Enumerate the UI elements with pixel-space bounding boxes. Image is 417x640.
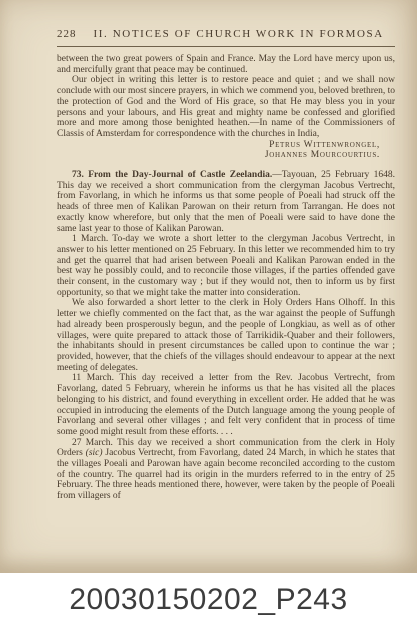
para-11-march: 11 March. This day received a letter fro… [57, 373, 395, 437]
text-run: Our object in writing this letter is to … [57, 75, 395, 139]
body-text: between the two great powers of Spain an… [57, 54, 395, 502]
text-run: We also forwarded a short letter to the … [57, 298, 395, 372]
screenshot-stage: 228 II. NOTICES OF CHURCH WORK IN FORMOS… [0, 0, 417, 640]
text-run: 1 March. To-day we wrote a short letter … [57, 234, 395, 298]
page-content: 228 II. NOTICES OF CHURCH WORK IN FORMOS… [57, 28, 395, 502]
header-rule [57, 46, 395, 47]
image-id-strip: 20030150202_P243 [0, 573, 417, 640]
running-title: II. NOTICES OF CHURCH WORK IN FORMOSA [94, 28, 384, 41]
text-run: 11 March. This day received a letter fro… [57, 373, 395, 437]
para-peace-continuation: between the two great powers of Spain an… [57, 54, 395, 75]
signature-1: Petrus Wittenwrongel, [57, 140, 395, 151]
scanned-page: 228 II. NOTICES OF CHURCH WORK IN FORMOS… [0, 0, 417, 573]
page-number: 228 [57, 28, 77, 41]
para-our-object: Our object in writing this letter is to … [57, 75, 395, 139]
text-run: Jacobus Vertrecht, from Favorlang, dated… [57, 448, 395, 501]
para-olhoff-letter: We also forwarded a short letter to the … [57, 298, 395, 373]
image-id-label: 20030150202_P243 [69, 583, 347, 617]
entry-73-day-journal: 73. From the Day-Journal of Castle Zeela… [57, 170, 395, 234]
page-header: 228 II. NOTICES OF CHURCH WORK IN FORMOS… [57, 28, 395, 41]
text-run: Johannes Mourcourtius. [265, 150, 380, 160]
text-run: between the two great powers of Spain an… [57, 54, 395, 75]
para-27-march: 27 March. This day we received a short c… [57, 438, 395, 502]
text-run: Petrus Wittenwrongel, [269, 140, 380, 150]
text-run: 73. From the Day-Journal of Castle Zeela… [72, 170, 272, 180]
signature-2: Johannes Mourcourtius. [57, 150, 395, 161]
text-run: (sic) [86, 448, 103, 458]
para-1-march: 1 March. To-day we wrote a short letter … [57, 234, 395, 298]
